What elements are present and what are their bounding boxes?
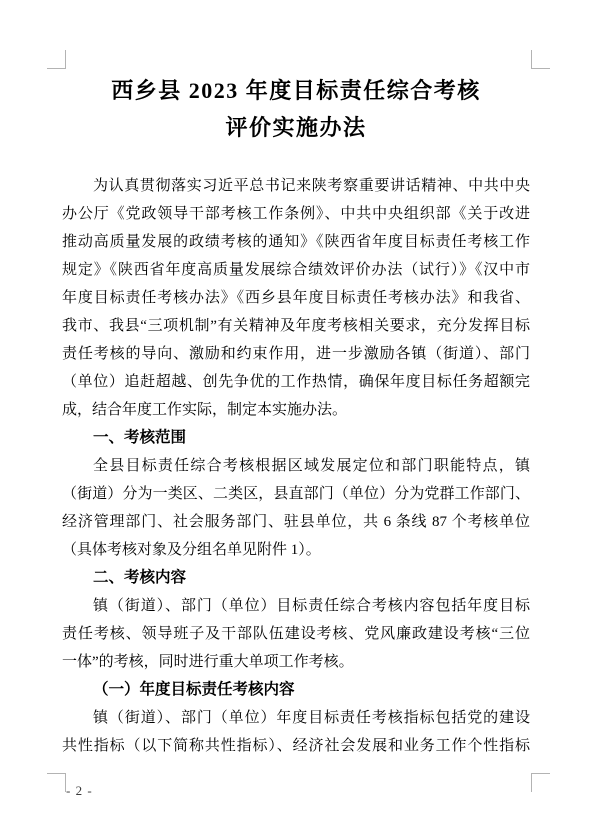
paragraph-1-line: 我市、我县“三项机制”有关精神及年度考核相关要求，充分发挥目标 (62, 312, 530, 340)
section-heading-scope: 一、考核范围 (62, 424, 530, 452)
crop-mark-top-left-icon (47, 50, 66, 69)
document-body: 为认真贯彻落实习近平总书记来陕考察重要讲话精神、中共中央 办公厅《党政领导干部考… (62, 172, 530, 760)
paragraph-3-line: 镇（街道）、部门（单位）目标责任综合考核内容包括年度目标 (62, 592, 530, 620)
crop-mark-bottom-right-icon (531, 773, 550, 792)
paragraph-1-line: 责任考核的导向、激励和约束作用，进一步激励各镇（街道）、部门 (62, 340, 530, 368)
document-title-line-1: 西乡县 2023 年度目标责任综合考核 (62, 72, 530, 109)
paragraph-4-line: 共性指标（以下简称共性指标）、经济社会发展和业务工作个性指标 (62, 732, 530, 760)
paragraph-1-line: 成，结合年度工作实际，制定本实施办法。 (62, 396, 530, 424)
paragraph-1-line: 规定》《陕西省年度高质量发展综合绩效评价办法（试行）》《汉中市 (62, 256, 530, 284)
paragraph-2-line: （具体考核对象及分组名单见附件 1）。 (62, 536, 530, 564)
paragraph-1-line: 办公厅《党政领导干部考核工作条例》、中共中央组织部《关于改进 (62, 200, 530, 228)
document-page: 西乡县 2023 年度目标责任综合考核 评价实施办法 为认真贯彻落实习近平总书记… (0, 0, 591, 839)
crop-mark-top-right-icon (531, 50, 550, 69)
paragraph-4-line: 镇（街道）、部门（单位）年度目标责任考核指标包括党的建设 (62, 704, 530, 732)
paragraph-1-line: 年度目标责任考核办法》《西乡县年度目标责任考核办法》和我省、 (62, 284, 530, 312)
paragraph-3-line: 一体”的考核，同时进行重大单项工作考核。 (62, 648, 530, 676)
paragraph-1-line: （单位）追赶超越、创先争优的工作热情，确保年度目标任务超额完 (62, 368, 530, 396)
paragraph-2-line: 全县目标责任综合考核根据区域发展定位和部门职能特点，镇 (62, 452, 530, 480)
page-number: - 2 - (66, 783, 93, 799)
paragraph-1-line: 为认真贯彻落实习近平总书记来陕考察重要讲话精神、中共中央 (62, 172, 530, 200)
document-title-line-2: 评价实施办法 (62, 109, 530, 146)
paragraph-2-line: 经济管理部门、社会服务部门、驻县单位，共 6 条线 87 个考核单位 (62, 508, 530, 536)
section-heading-content: 二、考核内容 (62, 564, 530, 592)
subsection-heading-annual-target: （一）年度目标责任考核内容 (62, 676, 530, 704)
paragraph-1-line: 推动高质量发展的政绩考核的通知》《陕西省年度目标责任考核工作 (62, 228, 530, 256)
paragraph-3-line: 责任考核、领导班子及干部队伍建设考核、党风廉政建设考核“三位 (62, 620, 530, 648)
document-title: 西乡县 2023 年度目标责任综合考核 评价实施办法 (62, 72, 530, 146)
crop-mark-bottom-left-icon (47, 773, 66, 792)
paragraph-2-line: （街道）分为一类区、二类区，县直部门（单位）分为党群工作部门、 (62, 480, 530, 508)
